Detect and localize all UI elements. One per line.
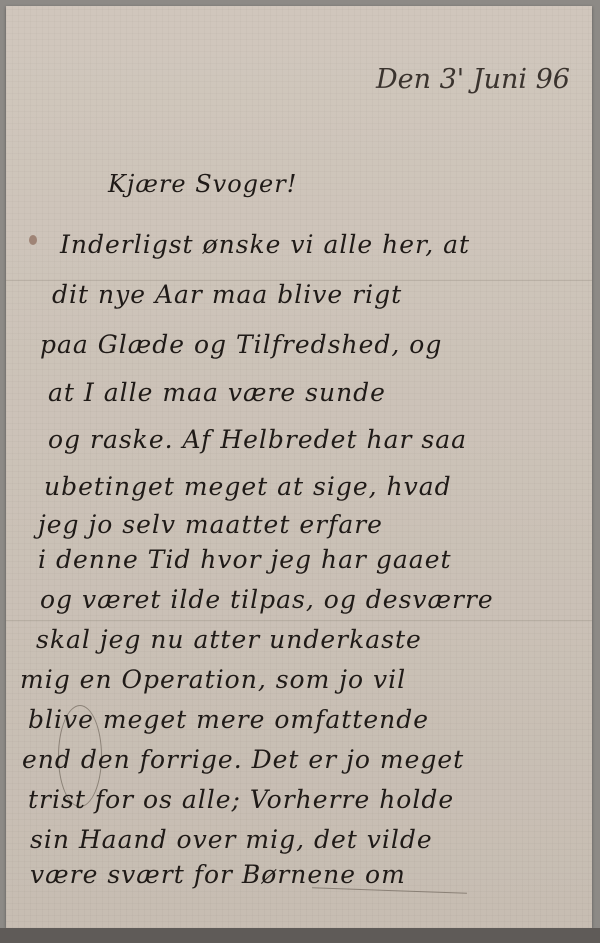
letter-line: sin Haand over mig, det vilde: [30, 825, 600, 854]
paper-fold-line: [6, 620, 592, 621]
letter-line: mig en Operation, som jo vil: [20, 665, 600, 694]
letter-line: blive meget mere omfattende: [28, 705, 600, 734]
letter-line: trist for os alle; Vorherre holde: [28, 785, 600, 814]
letter-line: ubetinget meget at sige, hvad: [44, 472, 600, 501]
letter-line: i denne Tid hvor jeg har gaaet: [38, 545, 600, 574]
letter-salutation: Kjære Svoger!: [108, 170, 600, 198]
letter-line: end den forrige. Det er jo meget: [22, 745, 600, 774]
letter-line: Inderligst ønske vi alle her, at: [60, 230, 600, 259]
letter-line: jeg jo selv maattet erfare: [38, 510, 600, 539]
letter-line: være svært for Børnene om: [30, 860, 600, 889]
letter-line: skal jeg nu atter underkaste: [36, 625, 600, 654]
letter-date: Den 3' Juni 96: [376, 64, 570, 95]
letter-line: og været ilde tilpas, og desværre: [40, 585, 600, 614]
letter-line: og raske. Af Helbredet har saa: [48, 425, 600, 454]
letter-line: dit nye Aar maa blive rigt: [52, 280, 600, 309]
letter-line: at I alle maa være sunde: [48, 378, 600, 407]
ink-spot: [29, 235, 37, 245]
background-surface: [0, 928, 600, 943]
letter-line: paa Glæde og Tilfredshed, og: [40, 330, 600, 359]
